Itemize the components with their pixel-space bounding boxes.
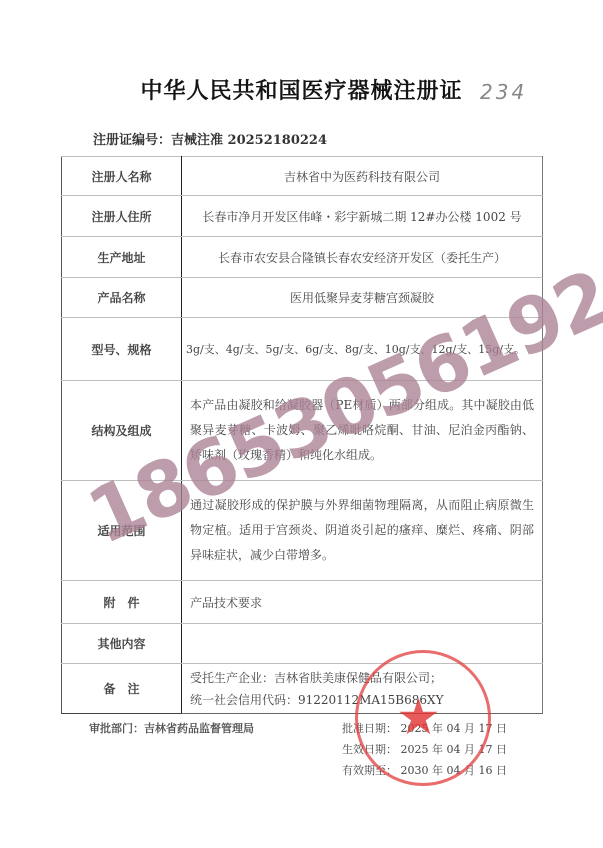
seal-star-icon: ★ bbox=[396, 688, 441, 746]
row-label-other: 其他内容 bbox=[62, 624, 182, 664]
approval-department: 审批部门：吉林省药品监督管理局 bbox=[89, 720, 254, 736]
table-row: 注册人名称 吉林省中为医药科技有限公司 bbox=[62, 157, 543, 196]
row-label-model-spec: 型号、规格 bbox=[62, 318, 182, 381]
row-value-other bbox=[182, 624, 543, 664]
row-label-registrant-address: 注册人住所 bbox=[62, 196, 182, 237]
row-label-attachment: 附 件 bbox=[62, 581, 182, 624]
row-value-production-address: 长春市农安县合隆镇长春农安经济开发区（委托生产） bbox=[182, 237, 543, 278]
row-label-product-name: 产品名称 bbox=[62, 278, 182, 318]
row-label-registrant-name: 注册人名称 bbox=[62, 157, 182, 196]
handwritten-note: 234 bbox=[480, 80, 527, 104]
table-row: 其他内容 bbox=[62, 624, 543, 664]
row-value-registrant-name: 吉林省中为医药科技有限公司 bbox=[182, 157, 543, 196]
row-label-production-address: 生产地址 bbox=[62, 237, 182, 278]
registration-number: 注册证编号：吉械注准 20252180224 bbox=[93, 129, 327, 148]
row-value-attachment: 产品技术要求 bbox=[182, 581, 543, 624]
table-row: 生产地址 长春市农安县合隆镇长春农安经济开发区（委托生产） bbox=[62, 237, 543, 278]
table-row: 附 件 产品技术要求 bbox=[62, 581, 543, 624]
table-row: 注册人住所 长春市净月开发区伟峰・彩宇新城二期 12#办公楼 1002 号 bbox=[62, 196, 543, 237]
row-label-remarks: 备 注 bbox=[62, 664, 182, 714]
official-seal: ★ bbox=[355, 650, 491, 786]
row-value-registrant-address: 长春市净月开发区伟峰・彩宇新城二期 12#办公楼 1002 号 bbox=[182, 196, 543, 237]
